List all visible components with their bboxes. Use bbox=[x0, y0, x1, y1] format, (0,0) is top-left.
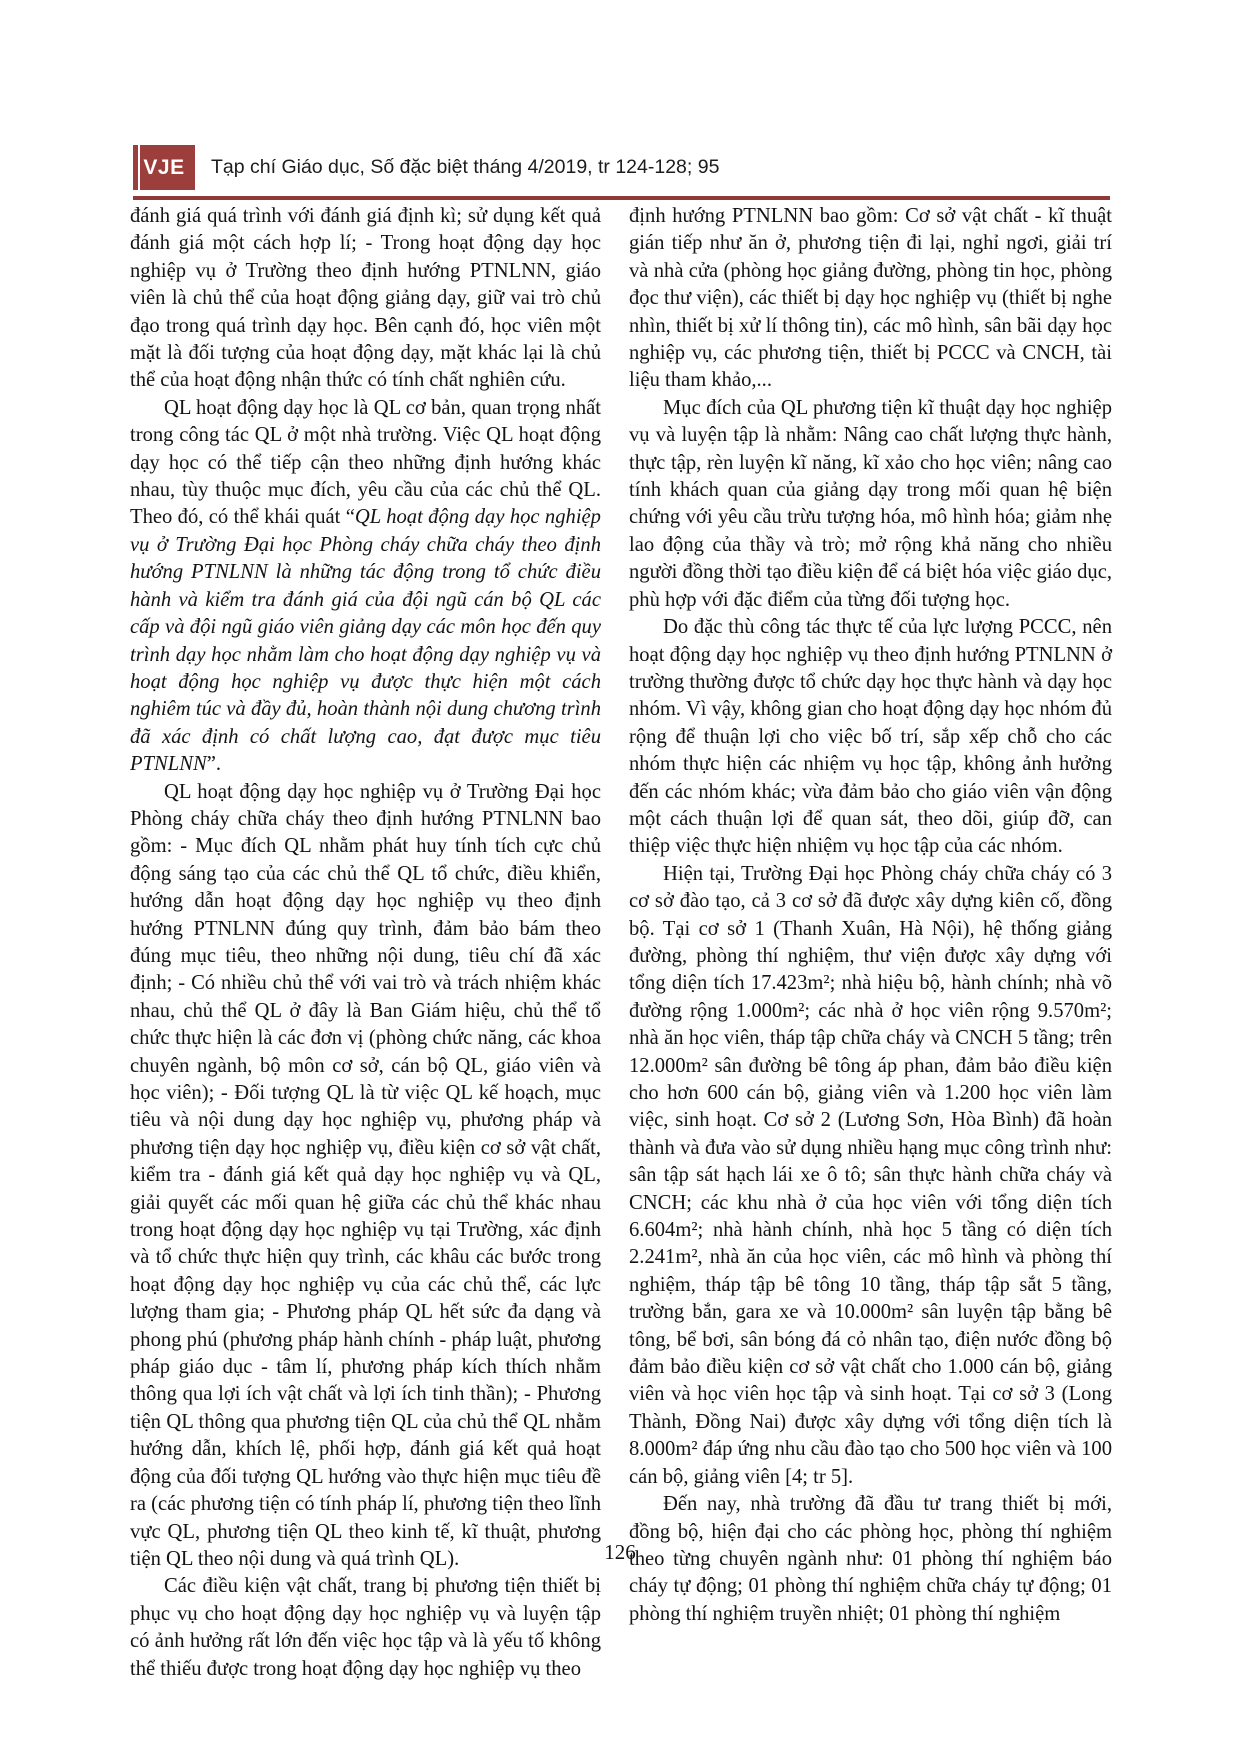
text-run: ”. bbox=[207, 753, 221, 775]
right-column: định hướng PTNLNN bao gồm: Cơ sở vật chấ… bbox=[629, 203, 1112, 1683]
text-run: đánh giá quá trình với đánh giá định kì;… bbox=[130, 205, 601, 391]
text-run: định hướng PTNLNN bao gồm: Cơ sở vật chấ… bbox=[629, 205, 1112, 391]
paragraph: QL hoạt động dạy học nghiệp vụ ở Trường … bbox=[130, 779, 601, 1574]
paragraph: QL hoạt động dạy học là QL cơ bản, quan … bbox=[130, 395, 601, 779]
header-divider bbox=[133, 196, 1110, 200]
vje-logo: VJE bbox=[133, 145, 195, 190]
journal-page: VJE Tạp chí Giáo dục, Số đặc biệt tháng … bbox=[0, 0, 1240, 1754]
page-number: 126 bbox=[0, 1540, 1240, 1565]
paragraph: Các điều kiện vật chất, trang bị phương … bbox=[130, 1573, 601, 1683]
vje-logo-text: VJE bbox=[143, 156, 184, 180]
text-run: Các điều kiện vật chất, trang bị phương … bbox=[130, 1575, 601, 1679]
paragraph-continuation: đánh giá quá trình với đánh giá định kì;… bbox=[130, 203, 601, 395]
paragraph-continuation: định hướng PTNLNN bao gồm: Cơ sở vật chấ… bbox=[629, 203, 1112, 395]
text-run: Hiện tại, Trường Đại học Phòng cháy chữa… bbox=[629, 863, 1112, 1488]
text-run: QL hoạt động dạy học nghiệp vụ ở Trường … bbox=[130, 781, 601, 1570]
left-column: đánh giá quá trình với đánh giá định kì;… bbox=[130, 203, 601, 1683]
page-header: VJE Tạp chí Giáo dục, Số đặc biệt tháng … bbox=[133, 145, 1110, 190]
journal-citation: Tạp chí Giáo dục, Số đặc biệt tháng 4/20… bbox=[211, 156, 719, 179]
article-body: đánh giá quá trình với đánh giá định kì;… bbox=[130, 203, 1112, 1683]
text-run: Do đặc thù công tác thực tế của lực lượn… bbox=[629, 616, 1112, 857]
quoted-definition: QL hoạt động dạy học nghiệp vụ ở Trường … bbox=[130, 506, 601, 775]
text-run: Mục đích của QL phương tiện kĩ thuật dạy… bbox=[629, 397, 1112, 611]
paragraph: Hiện tại, Trường Đại học Phòng cháy chữa… bbox=[629, 861, 1112, 1491]
paragraph: Mục đích của QL phương tiện kĩ thuật dạy… bbox=[629, 395, 1112, 614]
paragraph: Do đặc thù công tác thực tế của lực lượn… bbox=[629, 614, 1112, 861]
